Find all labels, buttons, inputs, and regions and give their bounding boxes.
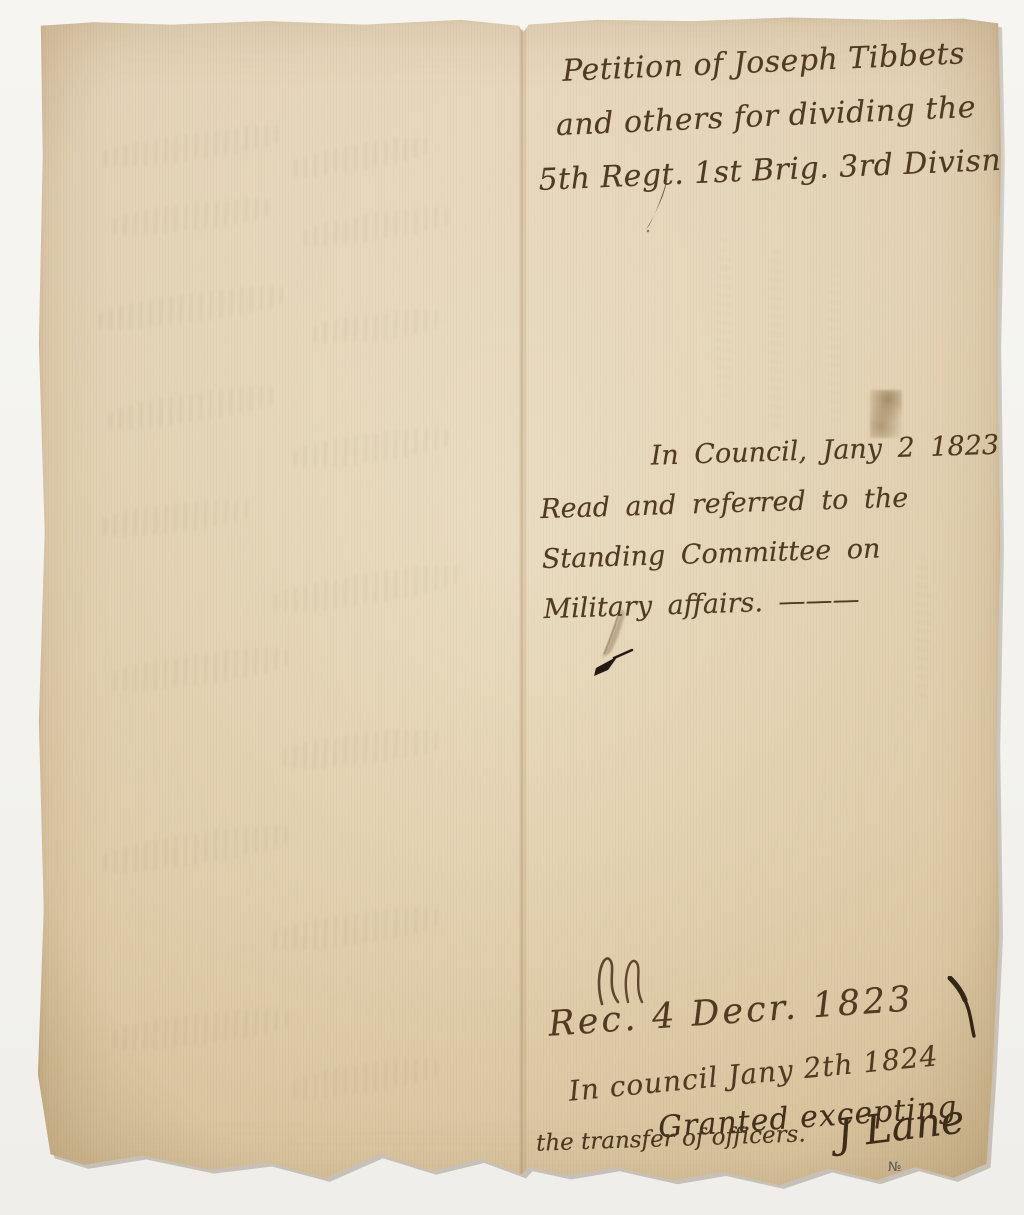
bleed-through-stroke (275, 724, 447, 774)
bleed-through-stroke (265, 902, 447, 957)
bleed-through-stroke (265, 559, 467, 620)
council-note: In Council, Jany 2 1823 Read and referre… (538, 421, 999, 635)
bleed-through-stroke (105, 194, 277, 241)
bleed-through-stroke (105, 1003, 297, 1056)
bleed-through-stroke (305, 306, 447, 349)
bleed-through-stroke (285, 131, 437, 183)
bleed-through-stroke (285, 422, 457, 473)
bleed-through-stroke (95, 819, 297, 880)
ink-stroke-mark (944, 976, 988, 1048)
bleed-through-stroke (285, 1052, 447, 1105)
transfer-line: the transfer of officers. (536, 1121, 806, 1156)
bleed-through-stroke (828, 259, 842, 429)
bleed-through-stroke (95, 494, 257, 541)
ink-flourish-stroke (642, 172, 678, 234)
manuscript-paper: Petition of Joseph Tibbets and others fo… (36, 14, 1002, 1192)
bleed-through-stroke (716, 234, 732, 404)
bleed-through-stroke (768, 249, 784, 434)
bleed-through-stroke (95, 121, 287, 173)
bleed-through-stroke (90, 280, 292, 336)
bleed-through-stroke (100, 380, 282, 436)
scanned-document-page: Petition of Joseph Tibbets and others fo… (0, 0, 1024, 1215)
bleed-through-stroke (295, 202, 457, 253)
docket-title: Petition of Joseph Tibbets and others fo… (533, 26, 1000, 208)
fold-crease (519, 14, 527, 1192)
ink-blot-arrow (588, 606, 648, 684)
bleed-through-stroke (105, 641, 297, 697)
